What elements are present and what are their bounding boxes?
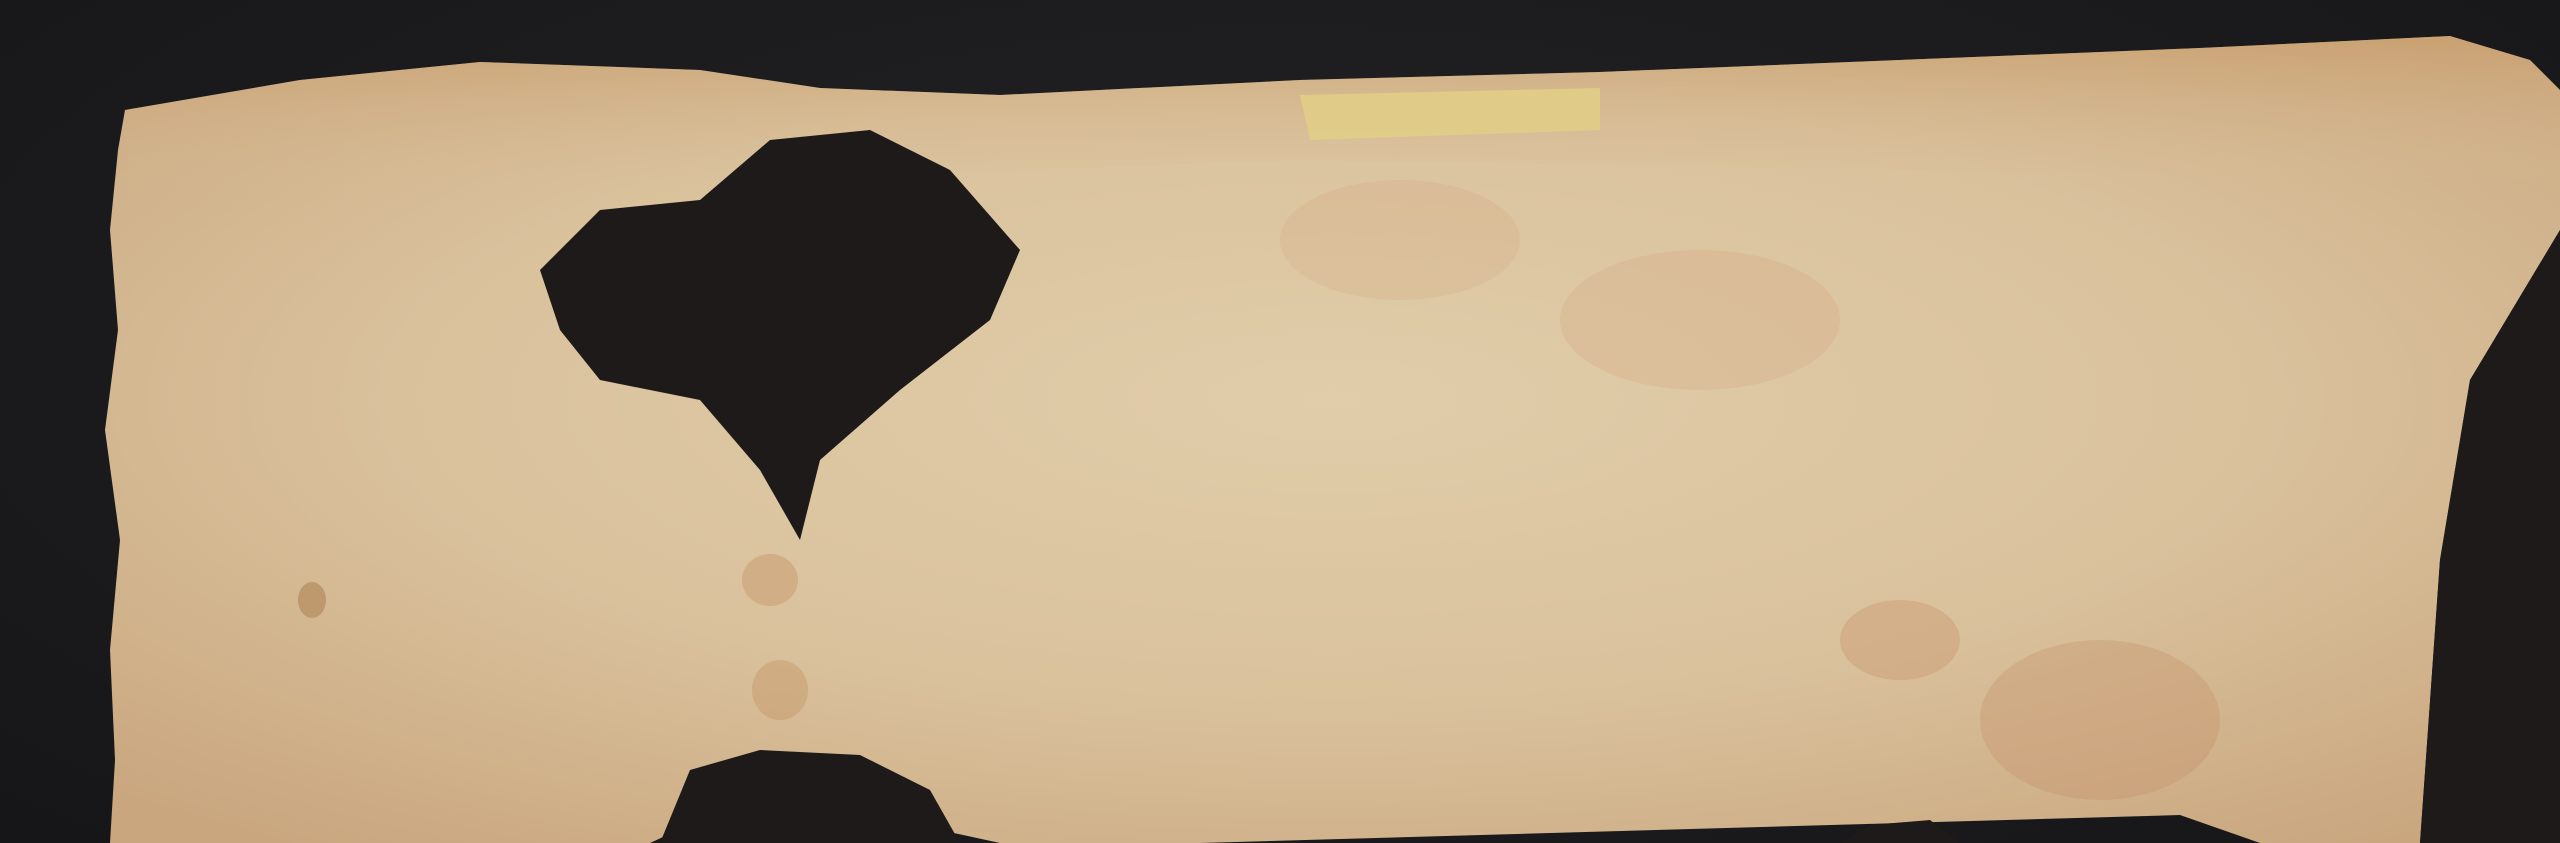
stain [1840,600,1960,680]
stain [752,660,808,720]
stain [298,582,326,618]
paper-fragment [0,0,2560,843]
stain [1280,180,1520,300]
stain [1980,640,2220,800]
stain [1560,250,1840,390]
stain [742,554,798,606]
photo-stage [0,0,2560,843]
